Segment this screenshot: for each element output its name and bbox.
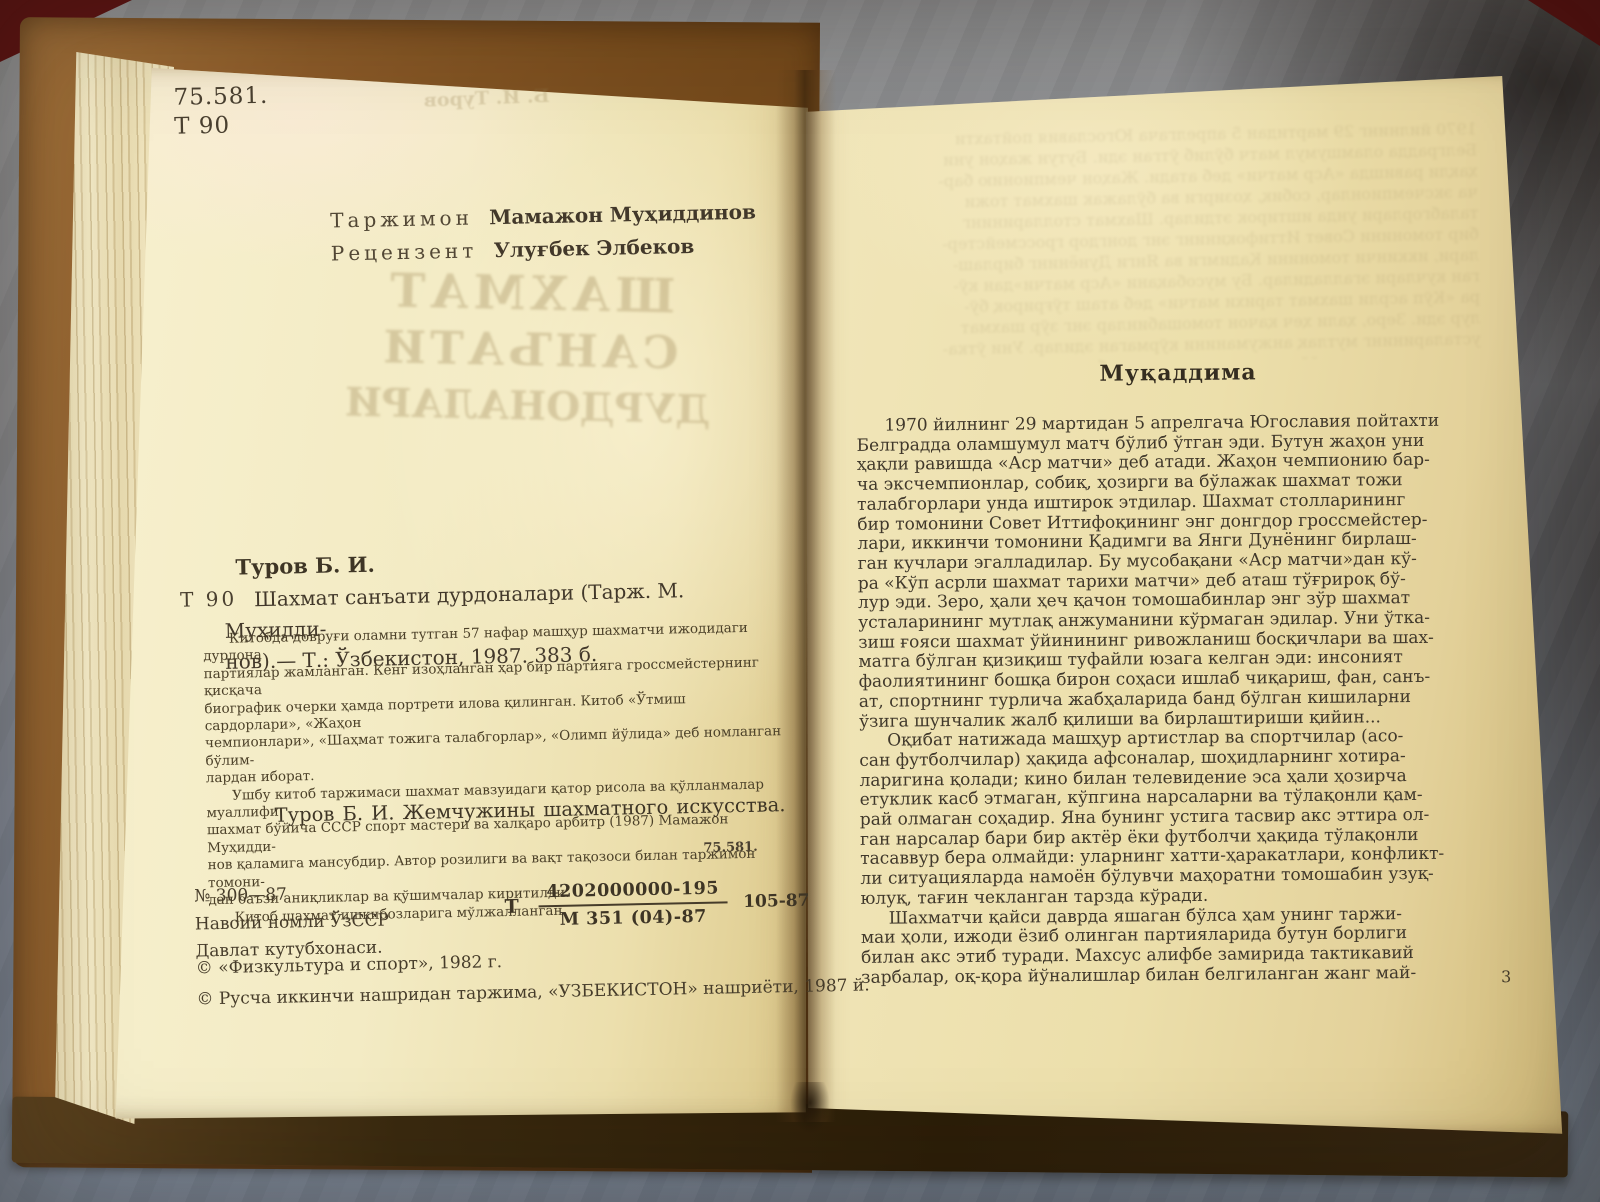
formula-denominator: М 351 (04)-87 (539, 903, 728, 930)
copyright-block: © «Физкультура и спорт», 1982 г. © Русча… (196, 939, 870, 1015)
formula-suffix: 105-87 (743, 891, 810, 912)
chapter-heading: Муқаддима (856, 357, 1500, 389)
annotation-paragraph-1: Китобда довруғи оламни тутган 57 нафар м… (203, 619, 784, 788)
showthrough-title: ШАХМАТ САНЪАТИ ДУРДОНАЛАРИ (333, 262, 724, 438)
reviewer-name: Улуғбек Элбеков (493, 234, 694, 262)
right-page-content: 1970 йилнинг 29 мартидан 5 апрелгача Юго… (801, 65, 1570, 1142)
book-photo: 75.581. Т 90 Б. И. Туров Таржимон Мамажо… (0, 0, 1600, 1202)
classification-code-small: 75.581. (703, 840, 758, 856)
showthrough-title-line3: ДУРДОНАЛАРИ (333, 374, 722, 438)
body-text: 1970 йилнинг 29 мартидан 5 апрелгача Юго… (856, 411, 1511, 988)
library-line1: Навоий номли ЎзССР (195, 907, 390, 939)
showthrough-author: Б. И. Туров (411, 84, 562, 112)
classification-code: 75.581. Т 90 (173, 82, 269, 142)
body-paragraph-2: Оқибат натижада машҳур артистлар ва спор… (859, 726, 1511, 909)
order-number: № 300—87 (194, 879, 389, 911)
translator-name: Мамажон Муҳиддинов (489, 200, 756, 230)
translator-label: Таржимон (330, 206, 473, 233)
credits-block: Таржимон Мамажон Муҳиддинов Рецензент Ул… (330, 196, 757, 271)
showthrough-title-line2: САНЪАТИ (334, 318, 723, 382)
author-code: Т 90 (174, 111, 269, 142)
reviewer-label: Рецензент (331, 238, 478, 265)
showthrough-text: 1970 йилнинг 29 мартидан 5 апрелгача Юго… (857, 118, 1481, 368)
formula-letter: Т (504, 896, 519, 918)
classification-code-number: 75.581. (173, 82, 268, 113)
formula-fraction: 4202000000-195 М 351 (04)-87 (538, 878, 728, 930)
catalog-author: Туров Б. И. (235, 552, 375, 580)
publication-index-formula: Т 4202000000-195 М 351 (04)-87 105-87 (504, 877, 810, 931)
body-paragraph-1: 1970 йилнинг 29 мартидан 5 апрелгача Юго… (856, 411, 1509, 732)
showthrough-title-line1: ШАХМАТ (336, 262, 725, 326)
left-page-content: 75.581. Т 90 Б. И. Туров Таржимон Мамажо… (89, 53, 821, 1133)
